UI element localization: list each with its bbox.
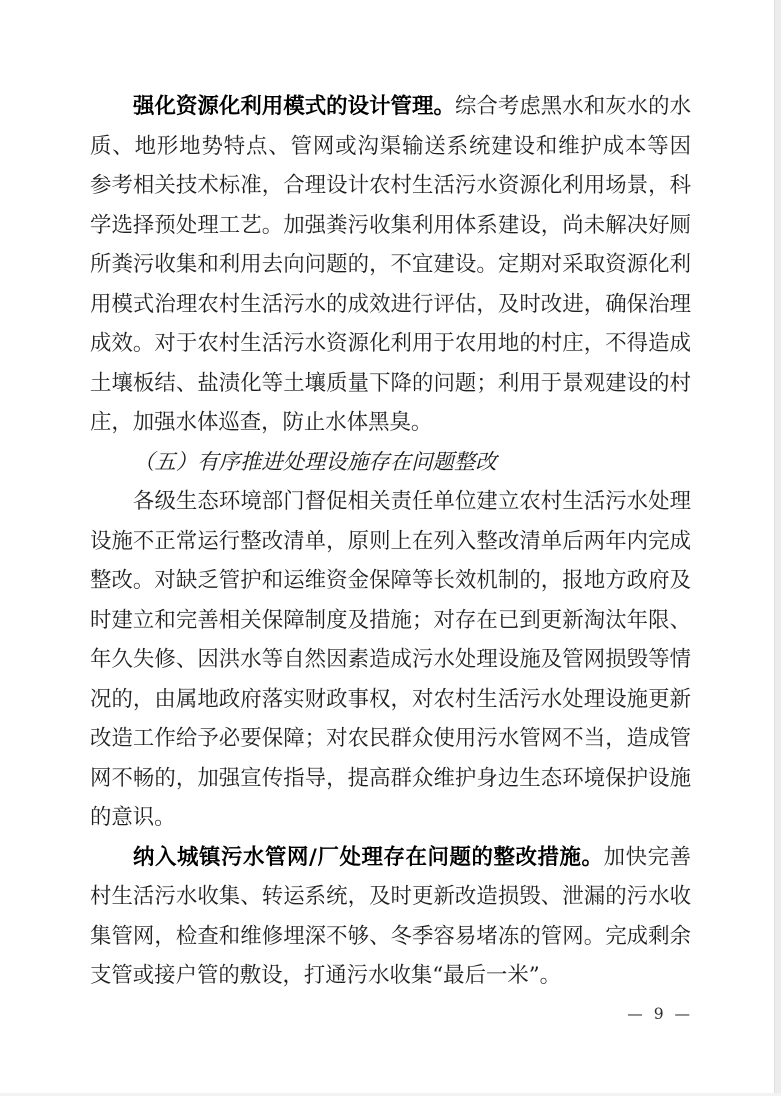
text-line: 村生活污水收集、转运系统，及时更新改造损毁、泄漏的污水收 xyxy=(90,877,691,917)
text-line: 设施不正常运行整改清单，原则上在列入整改清单后两年内完成 xyxy=(90,522,691,562)
bold-lead-segment: 纳入城镇污水管网/厂处理存在问题的整改措施。 xyxy=(133,845,604,870)
text-segment: 改造工作给予必要保障；对农民群众使用污水管网不当，造成管 xyxy=(90,726,691,751)
text-segment: 整改。对缺乏管护和运维资金保障等长效机制的，报地方政府及 xyxy=(90,568,691,593)
text-line: 土壤板结、盐渍化等土壤质量下降的问题；利用于景观建设的村 xyxy=(90,364,691,404)
document-page: 强化资源化利用模式的设计管理。综合考虑黑水和灰水的水质、地形地势特点、管网或沟渠… xyxy=(0,0,781,1096)
text-segment: （五）有序推进处理设施存在问题整改 xyxy=(133,450,497,475)
text-line: 质、地形地势特点、管网或沟渠输送系统建设和维护成本等因素， xyxy=(90,127,691,167)
text-line: 况的，由属地政府落实财政事权，对农村生活污水处理设施更新 xyxy=(90,680,691,720)
text-line: 庄，加强水体巡查，防止水体黑臭。 xyxy=(90,403,691,443)
text-line: 整改。对缺乏管护和运维资金保障等长效机制的，报地方政府及 xyxy=(90,561,691,601)
text-segment: 支管或接户管的敷设，打通污水收集“最后一米”。 xyxy=(90,963,561,988)
text-segment: 各级生态环境部门督促相关责任单位建立农村生活污水处理 xyxy=(133,489,691,514)
text-line: 集管网，检查和维修埋深不够、冬季容易堵冻的管网。完成剩余 xyxy=(90,917,691,957)
text-segment: 参考相关技术标准，合理设计农村生活污水资源化利用场景，科 xyxy=(90,173,691,198)
text-segment: 庄，加强水体巡查，防止水体黑臭。 xyxy=(90,410,432,435)
document-body: 强化资源化利用模式的设计管理。综合考虑黑水和灰水的水质、地形地势特点、管网或沟渠… xyxy=(90,87,691,996)
page-edge-shadow-right xyxy=(774,0,781,1096)
text-line: 纳入城镇污水管网/厂处理存在问题的整改措施。加快完善农 xyxy=(90,838,691,878)
text-line: 学选择预处理工艺。加强粪污收集利用体系建设，尚未解决好厕 xyxy=(90,206,691,246)
text-segment: 网不畅的，加强宣传指导，提高群众维护身边生态环境保护设施 xyxy=(90,766,691,791)
text-segment: 年久失修、因洪水等自然因素造成污水处理设施及管网损毁等情 xyxy=(90,647,691,672)
text-line: 强化资源化利用模式的设计管理。综合考虑黑水和灰水的水 xyxy=(90,87,691,127)
text-line: 用模式治理农村生活污水的成效进行评估，及时改进，确保治理 xyxy=(90,285,691,325)
bold-lead-segment: 强化资源化利用模式的设计管理。 xyxy=(133,94,455,119)
text-segment: 用模式治理农村生活污水的成效进行评估，及时改进，确保治理 xyxy=(90,292,691,317)
text-line: 各级生态环境部门督促相关责任单位建立农村生活污水处理 xyxy=(90,482,691,522)
text-segment: 所粪污收集和利用去向问题的，不宜建设。定期对采取资源化利 xyxy=(90,252,691,277)
text-segment: 设施不正常运行整改清单，原则上在列入整改清单后两年内完成 xyxy=(90,529,691,554)
text-segment: 时建立和完善相关保障制度及措施；对存在已到更新淘汰年限、 xyxy=(90,608,691,633)
text-line: 成效。对于农村生活污水资源化利用于农用地的村庄，不得造成 xyxy=(90,324,691,364)
text-line: 的意识。 xyxy=(90,798,691,838)
text-segment: 的意识。 xyxy=(90,805,176,830)
text-segment: 成效。对于农村生活污水资源化利用于农用地的村庄，不得造成 xyxy=(90,331,691,356)
text-line: 支管或接户管的敷设，打通污水收集“最后一米”。 xyxy=(90,956,691,996)
text-segment: 村生活污水收集、转运系统，及时更新改造损毁、泄漏的污水收 xyxy=(90,884,691,909)
page-number: — 9 — xyxy=(627,1002,693,1026)
text-segment: 况的，由属地政府落实财政事权，对农村生活污水处理设施更新 xyxy=(90,687,691,712)
text-line: 参考相关技术标准，合理设计农村生活污水资源化利用场景，科 xyxy=(90,166,691,206)
text-line: 年久失修、因洪水等自然因素造成污水处理设施及管网损毁等情 xyxy=(90,640,691,680)
section-heading-line: （五）有序推进处理设施存在问题整改 xyxy=(90,443,691,483)
text-segment: 集管网，检查和维修埋深不够、冬季容易堵冻的管网。完成剩余 xyxy=(90,924,691,949)
text-line: 时建立和完善相关保障制度及措施；对存在已到更新淘汰年限、 xyxy=(90,601,691,641)
text-segment: 综合考虑黑水和灰水的水 xyxy=(455,94,691,119)
text-segment: 质、地形地势特点、管网或沟渠输送系统建设和维护成本等因素， xyxy=(90,134,691,167)
text-segment: 学选择预处理工艺。加强粪污收集利用体系建设，尚未解决好厕 xyxy=(90,213,691,238)
text-line: 网不畅的，加强宣传指导，提高群众维护身边生态环境保护设施 xyxy=(90,759,691,799)
text-line: 改造工作给予必要保障；对农民群众使用污水管网不当，造成管 xyxy=(90,719,691,759)
text-line: 所粪污收集和利用去向问题的，不宜建设。定期对采取资源化利 xyxy=(90,245,691,285)
text-segment: 土壤板结、盐渍化等土壤质量下降的问题；利用于景观建设的村 xyxy=(90,371,691,396)
